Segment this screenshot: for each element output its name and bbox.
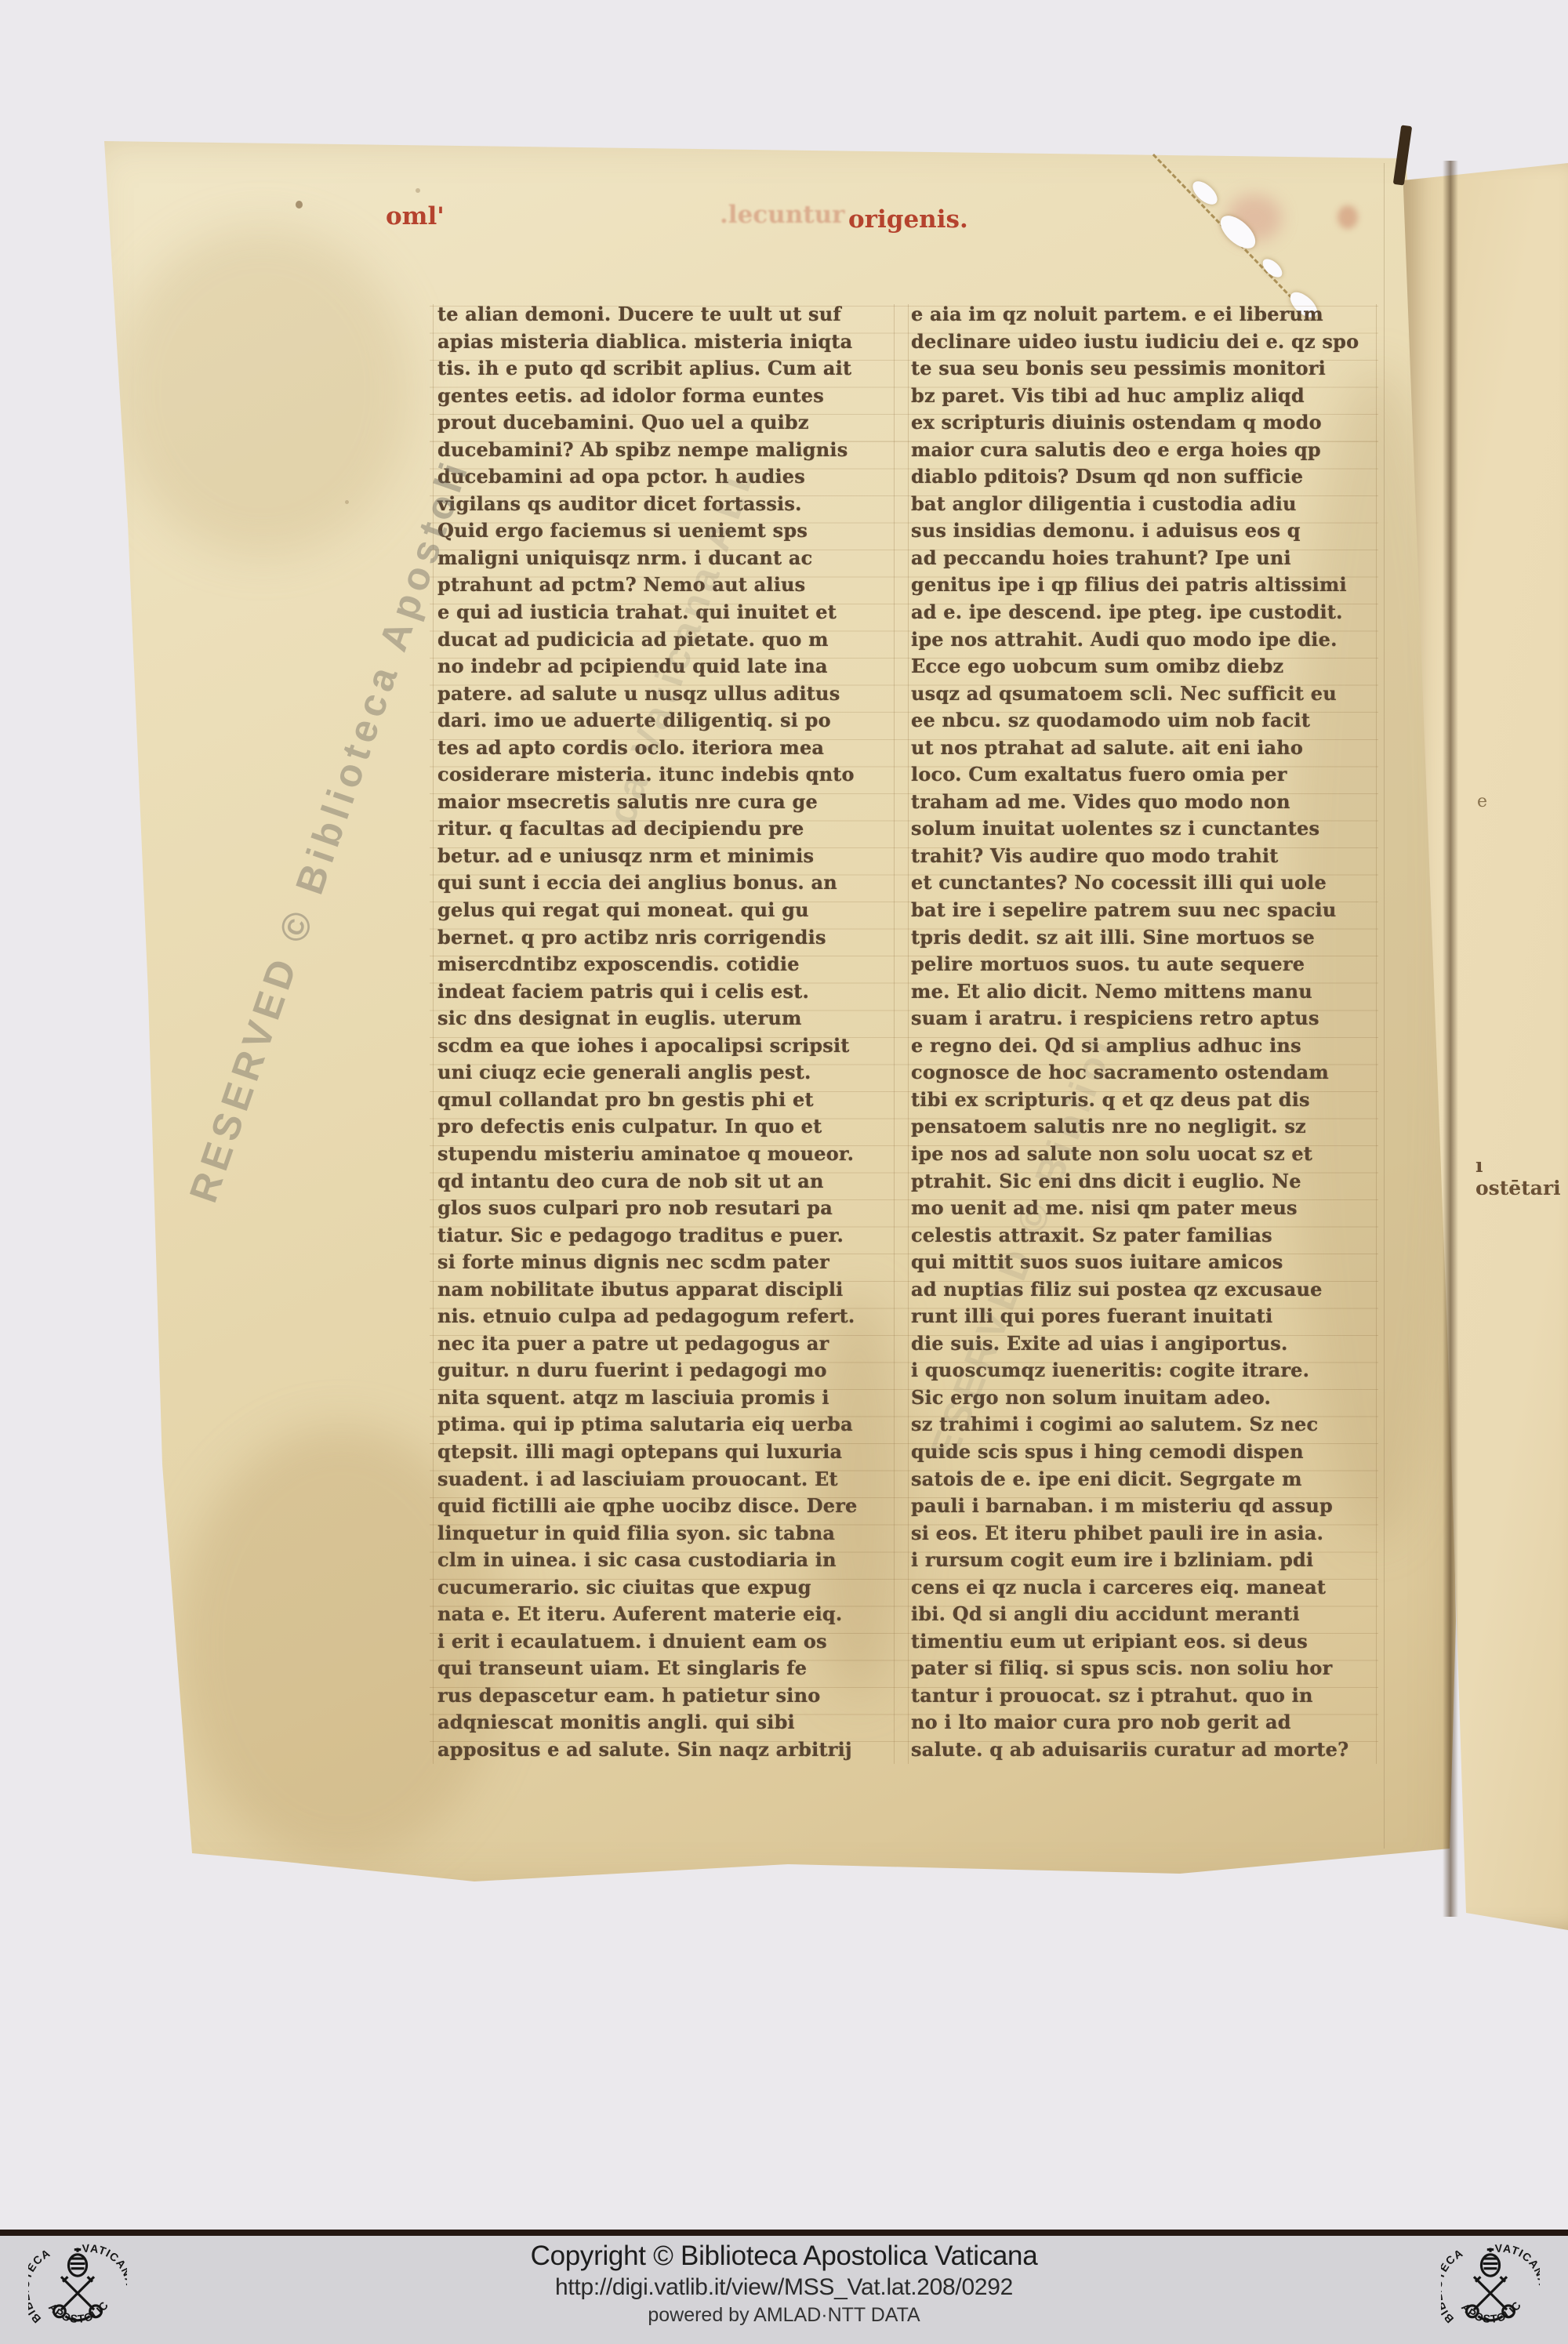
running-header-left: oml' <box>386 202 445 230</box>
manuscript-line: te alian demoni. Ducere te uult ut suf <box>437 301 900 328</box>
manuscript-line: traham ad me. Vides quo modo non <box>911 789 1374 816</box>
ink-speck <box>296 201 303 209</box>
manuscript-line: bat anglor diligentia i custodia adiu <box>911 491 1374 518</box>
manuscript-line: adqniescat monitis angli. qui sibi <box>437 1709 900 1736</box>
copyright-text: Copyright © Biblioteca Apostolica Vatica… <box>0 2241 1568 2272</box>
parchment-crease <box>1384 163 1385 1849</box>
manuscript-line: ducebamini ad opa pctor. h audies <box>437 463 900 491</box>
manuscript-line: si eos. Et iteru phibet pauli ire in asi… <box>911 1520 1374 1548</box>
manuscript-line: apias misteria diablica. misteria iniqta <box>437 328 900 356</box>
manuscript-line: pauli i barnaban. i m misteriu qd assup <box>911 1493 1374 1520</box>
manuscript-line: ex scripturis diuinis ostendam q modo <box>911 409 1374 437</box>
manuscript-line: suadent. i ad lasciuiam prouocant. Et <box>437 1466 900 1493</box>
powered-by-text: powered by AMLAD·NTT DATA <box>0 2304 1568 2327</box>
manuscript-line: ipe nos attrahit. Audi quo modo ipe die. <box>911 626 1374 654</box>
manuscript-line: ad peccandu hoies trahunt? Ipe uni <box>911 545 1374 572</box>
text-column-left: te alian demoni. Ducere te uult ut sufap… <box>437 301 900 1764</box>
manuscript-line: appositus e ad salute. Sin naqz arbitrij <box>437 1736 900 1764</box>
manuscript-line: tiatur. Sic e pedagogo traditus e puer. <box>437 1222 900 1250</box>
manuscript-line: tibi ex scripturis. q et qz deus pat dis <box>911 1087 1374 1114</box>
footer-separator <box>0 2230 1568 2236</box>
ruling-vertical <box>1376 304 1377 1764</box>
binding-edge <box>1393 125 1412 185</box>
manuscript-line: ritur. q facultas ad decipiendu pre <box>437 815 900 843</box>
manuscript-line: ee nbcu. sz quodamodo uim nob facit <box>911 707 1374 735</box>
text-column-right: e aia im qz noluit partem. e ei liberumd… <box>911 301 1374 1764</box>
ink-speck <box>416 188 420 193</box>
manuscript-line: maligni uniquisqz nrm. i ducant ac <box>437 545 900 572</box>
manuscript-line: ad e. ipe descend. ipe pteg. ipe custodi… <box>911 599 1374 626</box>
manuscript-line: ut nos ptrahat ad salute. ait eni iaho <box>911 735 1374 762</box>
manuscript-line: scdm ea que iohes i apocalipsi scripsit <box>437 1032 900 1060</box>
manuscript-line: nam nobilitate ibutus apparat discipli <box>437 1276 900 1304</box>
digitized-manuscript-viewer-page: { "scan": { "header": { "left_rubric": "… <box>0 0 1568 2344</box>
gutter-shadow <box>1443 161 1458 1917</box>
manuscript-line: Quid ergo faciemus si ueniemt sps <box>437 517 900 545</box>
vatican-library-logo-right: BIBLIOTECA APOSTOLICA VATICANA <box>1441 2241 1540 2339</box>
running-header-right: origenis. <box>848 205 968 234</box>
manuscript-line: qui transeunt uiam. Et singlaris fe <box>437 1655 900 1682</box>
manuscript-line: gelus qui regat qui moneat. qui gu <box>437 897 900 924</box>
manuscript-line: Ecce ego uobcum sum omibz diebz <box>911 653 1374 680</box>
manuscript-line: declinare uideo iustu iudiciu dei e. qz … <box>911 328 1374 356</box>
pen-mark: e <box>1477 792 1487 811</box>
manuscript-line: nata e. Et iteru. Auferent materie eiq. <box>437 1601 900 1628</box>
parchment-stain <box>114 226 412 555</box>
manuscript-line: e regno dei. Qd si amplius adhuc ins <box>911 1032 1374 1060</box>
manuscript-line: si forte minus dignis nec scdm pater <box>437 1249 900 1276</box>
folio-number-faded <box>1338 205 1358 229</box>
manuscript-line: cens ei qz nucla i carceres eiq. maneat <box>911 1574 1374 1602</box>
manuscript-line: linquetur in quid filia syon. sic tabna <box>437 1520 900 1548</box>
marginal-note: ı ostētari <box>1475 1154 1568 1199</box>
manuscript-line: cucumerario. sic ciuitas que expug <box>437 1574 900 1602</box>
manuscript-line: solum inuitat uolentes sz i cunctantes <box>911 815 1374 843</box>
manuscript-line: gentes eetis. ad idolor forma euntes <box>437 383 900 410</box>
manuscript-line: qui mittit suos suos iuitare amicos <box>911 1249 1374 1276</box>
manuscript-line: rus depascetur eam. h patietur sino <box>437 1682 900 1710</box>
manuscript-line: trahit? Vis audire quo modo trahit <box>911 843 1374 870</box>
manuscript-line: maior cura salutis deo e erga hoies qp <box>911 437 1374 464</box>
manuscript-line: ptrahit. Sic eni dns dicit i euglio. Ne <box>911 1168 1374 1196</box>
manuscript-line: suam i aratru. i respiciens retro aptus <box>911 1005 1374 1032</box>
manuscript-line: ipe nos ad salute non solu uocat sz et <box>911 1141 1374 1168</box>
manuscript-line: qmul collandat pro bn gestis phi et <box>437 1087 900 1114</box>
manuscript-line: genitus ipe i qp filius dei patris altis… <box>911 571 1374 599</box>
manuscript-line: cognosce de hoc sacramento ostendam <box>911 1059 1374 1087</box>
manuscript-line: sus insidias demonu. i aduisus eos q <box>911 517 1374 545</box>
manuscript-line: no i lto maior cura pro nob gerit ad <box>911 1709 1374 1736</box>
manuscript-line: indeat faciem patris qui i celis est. <box>437 978 900 1006</box>
manuscript-line: prout ducebamini. Quo uel a quibz <box>437 409 900 437</box>
manuscript-line: stupendu misteriu aminatoe q moueor. <box>437 1141 900 1168</box>
manuscript-line: bernet. q pro actibz nris corrigendis <box>437 924 900 952</box>
manuscript-line: quide scis spus i hing cemodi dispen <box>911 1439 1374 1466</box>
manuscript-line: diablo pditois? Dsum qd non sufficie <box>911 463 1374 491</box>
source-url[interactable]: http://digi.vatlib.it/view/MSS_Vat.lat.2… <box>0 2274 1568 2301</box>
manuscript-line: salute. q ab aduisariis curatur ad morte… <box>911 1736 1374 1764</box>
manuscript-line: nita squent. atqz m lasciuia promis i <box>437 1384 900 1412</box>
manuscript-line: i rursum cogit eum ire i bzliniam. pdi <box>911 1547 1374 1574</box>
logo-word-vaticana: VATICANA <box>82 2243 127 2288</box>
manuscript-line: cosiderare misteria. itunc indebis qnto <box>437 761 900 789</box>
manuscript-line: misercdntibz exposcendis. cotidie <box>437 951 900 978</box>
manuscript-line: te sua seu bonis seu pessimis monitori <box>911 355 1374 383</box>
manuscript-line: qui sunt i eccia dei anglius bonus. an <box>437 869 900 897</box>
manuscript-line: i erit i ecaulatuem. i dnuient eam os <box>437 1628 900 1656</box>
manuscript-line: pro defectis enis culpatur. In quo et <box>437 1113 900 1141</box>
manuscript-line: qd intantu deo cura de nob sit ut an <box>437 1168 900 1196</box>
manuscript-line: nec ita puer a patre ut pedagogus ar <box>437 1330 900 1358</box>
manuscript-line: nis. etnuio culpa ad pedagogum refert. <box>437 1303 900 1330</box>
manuscript-line: tis. ih e puto qd scribit aplius. Cum ai… <box>437 355 900 383</box>
manuscript-line: celestis attraxit. Sz pater familias <box>911 1222 1374 1250</box>
manuscript-line: bz paret. Vis tibi ad huc ampliz aliqd <box>911 383 1374 410</box>
manuscript-line: pater si filiq. si spus scis. non soliu … <box>911 1655 1374 1682</box>
manuscript-line: guitur. n duru fuerint i pedagogi mo <box>437 1357 900 1384</box>
manuscript-line: ptima. qui ip ptima salutaria eiq uerba <box>437 1411 900 1439</box>
footer-bar: Copyright © Biblioteca Apostolica Vatica… <box>0 2236 1568 2344</box>
manuscript-line: clm in uinea. i sic casa custodiaria in <box>437 1547 900 1574</box>
manuscript-line: betur. ad e uniusqz nrm et minimis <box>437 843 900 870</box>
manuscript-line: loco. Cum exaltatus fuero omia per <box>911 761 1374 789</box>
manuscript-line: glos suos culpari pro nob resutari pa <box>437 1195 900 1222</box>
manuscript-line: tantur i prouocat. sz i ptrahut. quo in <box>911 1682 1374 1710</box>
vatican-library-logo-left: BIBLIOTECA APOSTOLICA VATICANA <box>28 2241 127 2339</box>
running-header-center-faded: .lecuntur <box>720 201 844 229</box>
manuscript-line: sic dns designat in euglis. uterum <box>437 1005 900 1032</box>
manuscript-line: maior msecretis salutis nre cura ge <box>437 789 900 816</box>
manuscript-line: timentiu eum ut eripiant eos. si deus <box>911 1628 1374 1656</box>
manuscript-line: uni ciuqz ecie generali anglis pest. <box>437 1059 900 1087</box>
manuscript-line: quid fictilli aie qphe uocibz disce. Der… <box>437 1493 900 1520</box>
manuscript-line: e aia im qz noluit partem. e ei liberum <box>911 301 1374 328</box>
manuscript-line: vigilans qs auditor dicet fortassis. <box>437 491 900 518</box>
manuscript-line: qtepsit. illi magi optepans qui luxuria <box>437 1439 900 1466</box>
manuscript-line: usqz ad qsumatoem scli. Nec sufficit eu <box>911 680 1374 708</box>
logo-word-vaticana: VATICANA <box>1494 2243 1540 2288</box>
manuscript-line: ibi. Qd si angli diu accidunt meranti <box>911 1601 1374 1628</box>
manuscript-line: satois de e. ipe eni dicit. Segrgate m <box>911 1466 1374 1493</box>
manuscript-line: pensatoem salutis nre no negligit. sz <box>911 1113 1374 1141</box>
ink-speck <box>345 500 349 504</box>
manuscript-line: ducebamini? Ab spibz nempe malignis <box>437 437 900 464</box>
manuscript-line: mo uenit ad me. nisi qm pater meus <box>911 1195 1374 1222</box>
manuscript-line: ptrahunt ad pctm? Nemo aut alius <box>437 571 900 599</box>
